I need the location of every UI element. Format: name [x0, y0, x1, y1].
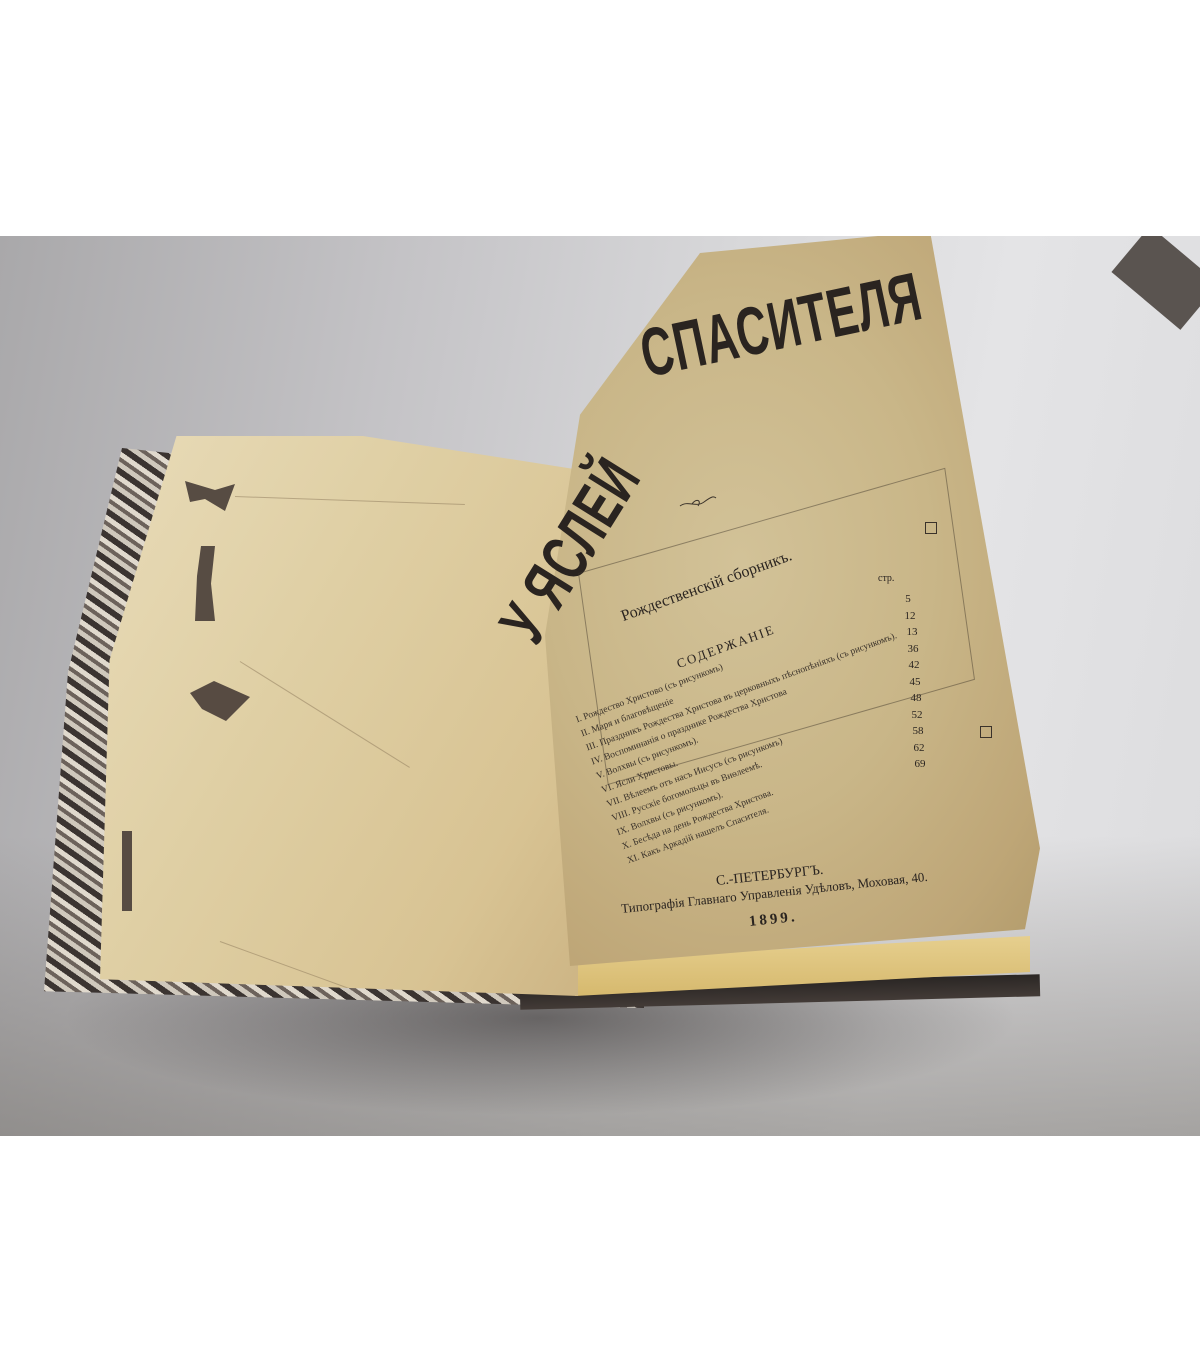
toc-page-label: стр.	[878, 573, 894, 584]
toc-page-number: 36	[896, 641, 930, 658]
toc-page-number: 69	[910, 756, 930, 773]
toc-page-number: 42	[898, 657, 930, 674]
torn-paper-mark	[195, 546, 215, 621]
toc-page-number: 52	[904, 707, 930, 724]
paper-crease	[235, 496, 465, 505]
toc-page-number: 48	[902, 690, 930, 707]
frame-corner-ornament	[980, 726, 992, 738]
toc-page-number: 12	[890, 608, 930, 625]
torn-paper-mark	[190, 681, 250, 721]
photograph: У ЯСЛЕЙ СПАСИТЕЛЯ Рождественскій сборник…	[0, 236, 1200, 1136]
table-edge	[1111, 236, 1200, 330]
toc-page-number: 5	[886, 591, 930, 608]
left-endpaper	[100, 436, 578, 996]
paper-crease	[240, 661, 410, 768]
torn-paper-mark	[185, 481, 235, 511]
toc-page-number: 62	[908, 740, 930, 757]
frame-corner-ornament	[925, 522, 937, 534]
toc-page-number: 45	[900, 674, 930, 691]
ornament-icon	[678, 494, 718, 510]
torn-paper-mark	[122, 831, 132, 911]
toc-page-numbers: 5 12 13 36 42 45 48 52 58 62 69	[890, 591, 930, 773]
toc-page-number: 58	[906, 723, 930, 740]
toc-page-number: 13	[894, 624, 930, 641]
